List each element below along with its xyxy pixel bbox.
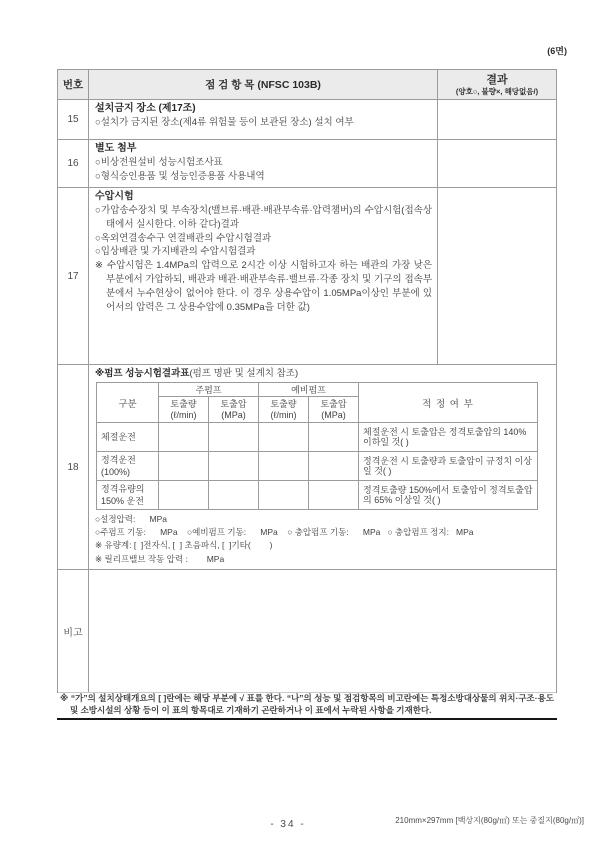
pump-criteria: 정격운전 시 토출량과 토출압이 규정치 이상일 것( ) [359,452,538,481]
pump-value-blank [209,481,259,510]
remarks-content [89,570,556,692]
pump-subcol-pressure: 토출압 (MPa) [309,397,359,423]
pump-row-label: 정격유량의 150% 운전 [97,481,159,510]
header-result: 결과 (양호○, 불량×, 해당없음/) [438,70,556,99]
row-item-cell: 별도 첨부 ○비상전원설비 성능시험조사표 ○형식승인용품 및 성능인증용품 사… [89,140,438,187]
header-no: 번호 [58,70,89,99]
row-item-cell: 설치금지 장소 (제17조) ○설치가 금지된 장소(제4류 위험물 등이 보관… [89,100,438,139]
row-number: 17 [58,188,89,364]
row-title: 별도 첨부 [95,142,432,156]
pump-value-blank [309,423,359,452]
pump-subcol-flow: 토출량 (ℓ/min) [259,397,309,423]
pump-value-blank [159,481,209,510]
row-number: 18 [58,365,89,569]
document-page: { "page": { "marker": "(6면)", "number": … [0,0,600,849]
pump-test-table: 구분 주펌프 예비펌프 적 정 여 부 토출량 (ℓ/min) 토출압 (MPa… [96,382,538,510]
result-cell [438,188,556,364]
pump-value-blank [159,452,209,481]
pump-row-label: 정격운전 (100%) [97,452,159,481]
row-number: 15 [58,100,89,139]
row-line: ※ 수압시험은 1.4MPa의 압력으로 2시간 이상 시험하고자 하는 배관의… [95,259,432,314]
table-row-15: 15 설치금지 장소 (제17조) ○설치가 금지된 장소(제4류 위험물 등이… [58,100,556,140]
pump-table-title: ※펌프 성능시험결과표(펌프 명판 및 설계치 참조) [95,367,552,380]
pump-col-adequacy: 적 정 여 부 [359,383,538,423]
pump-value-blank [209,452,259,481]
pump-note-relief-valve: ※ 릴리프밸브 작동 압력 : MPa [95,553,552,566]
pump-subcol-pressure: 토출압 (MPa) [209,397,259,423]
row-line: ○형식승인용품 및 성능인증용품 사용내역 [95,170,432,184]
row-item-cell: 수압시험 ○가압송수장치 및 부속장치(밸브류·배관·배관부속류·압력챔버)의 … [89,188,438,364]
table-header-row: 번호 점 검 항 목 (NFSC 103B) 결과 (양호○, 불량×, 해당없… [58,70,556,100]
pump-row-overload: 정격유량의 150% 운전 정격토출량 150%에서 토출압이 정격토출압의 6… [97,481,538,510]
pump-col-main: 주펌프 [159,383,259,397]
pump-criteria: 정격토출량 150%에서 토출압이 정격토출압의 65% 이상일 것( ) [359,481,538,510]
row-title: 설치금지 장소 (제17조) [95,102,432,116]
pump-table-title-rest: (펌프 명판 및 설계치 참조) [189,368,298,379]
pump-value-blank [309,452,359,481]
pump-col-group: 구분 [97,383,159,423]
pump-value-blank [259,481,309,510]
pump-criteria: 체절운전 시 토출압은 정격토출압의 140% 이하일 것( ) [359,423,538,452]
pump-row-churn: 체절운전 체절운전 시 토출압은 정격토출압의 140% 이하일 것( ) [97,423,538,452]
header-item: 점 검 항 목 (NFSC 103B) [89,70,438,99]
table-row-17: 17 수압시험 ○가압송수장치 및 부속장치(밸브류·배관·배관부속류·압력챔버… [58,188,556,365]
table-row-18: 18 ※펌프 성능시험결과표(펌프 명판 및 설계치 참조) 구분 주펌프 예비… [58,365,556,570]
pump-row-rated: 정격운전 (100%) 정격운전 시 토출량과 토출압이 규정치 이상일 것( … [97,452,538,481]
row-line: ○비상전원설비 성능시험조사표 [95,156,432,170]
pump-note-flowmeter: ※ 유량계: [ ]전자식, [ ] 초음파식, [ ]기타( ) [95,539,552,552]
table-row-16: 16 별도 첨부 ○비상전원설비 성능시험조사표 ○형식승인용품 및 성능인증용… [58,140,556,188]
remarks-row: 비고 [58,570,556,693]
pump-value-blank [259,452,309,481]
row-line: ○옥외연결송수구 연결배관의 수압시험결과 [95,232,432,246]
pump-subcol-flow: 토출량 (ℓ/min) [159,397,209,423]
pump-row-label: 체절운전 [97,423,159,452]
pump-col-standby: 예비펌프 [259,383,359,397]
pump-test-cell: ※펌프 성능시험결과표(펌프 명판 및 설계치 참조) 구분 주펌프 예비펌프 … [89,365,556,569]
row-line: ○입상배관 및 가지배관의 수압시험결과 [95,245,432,259]
footnote: ※ “가”의 설치상태개요의 [ ]란에는 해당 부분에 √ 표를 한다. “나… [57,692,557,720]
row-title: 수압시험 [95,190,432,204]
pump-table-title-bold: ※펌프 성능시험결과표 [95,368,189,379]
result-cell [438,140,556,187]
page-side-marker: (6면) [547,44,567,57]
inspection-table: 번호 점 검 항 목 (NFSC 103B) 결과 (양호○, 불량×, 해당없… [57,69,557,693]
pump-note-start-pressures: ○주펌프 기동: MPa ○예비펌프 기동: MPa ○ 충압펌프 기동: MP… [95,526,552,539]
row-number: 16 [58,140,89,187]
header-result-legend: (양호○, 불량×, 해당없음/) [456,87,538,96]
pump-value-blank [309,481,359,510]
page-number: - 34 - [258,819,318,830]
result-cell [438,100,556,139]
header-result-title: 결과 [486,74,507,87]
pump-value-blank [159,423,209,452]
row-line: ○가압송수장치 및 부속장치(밸브류·배관·배관부속류·압력챔버)의 수압시험(… [95,204,432,232]
paper-spec: 210mm×297mm [백상지(80g/㎡) 또는 중질지(80g/㎡)] [395,815,584,826]
pump-note-set-pressure: ○설정압력: MPa [95,513,552,526]
pump-value-blank [209,423,259,452]
pump-value-blank [259,423,309,452]
row-line: ○설치가 금지된 장소(제4류 위험물 등이 보관된 장소) 설치 여부 [95,116,432,130]
remarks-label: 비고 [58,570,89,692]
